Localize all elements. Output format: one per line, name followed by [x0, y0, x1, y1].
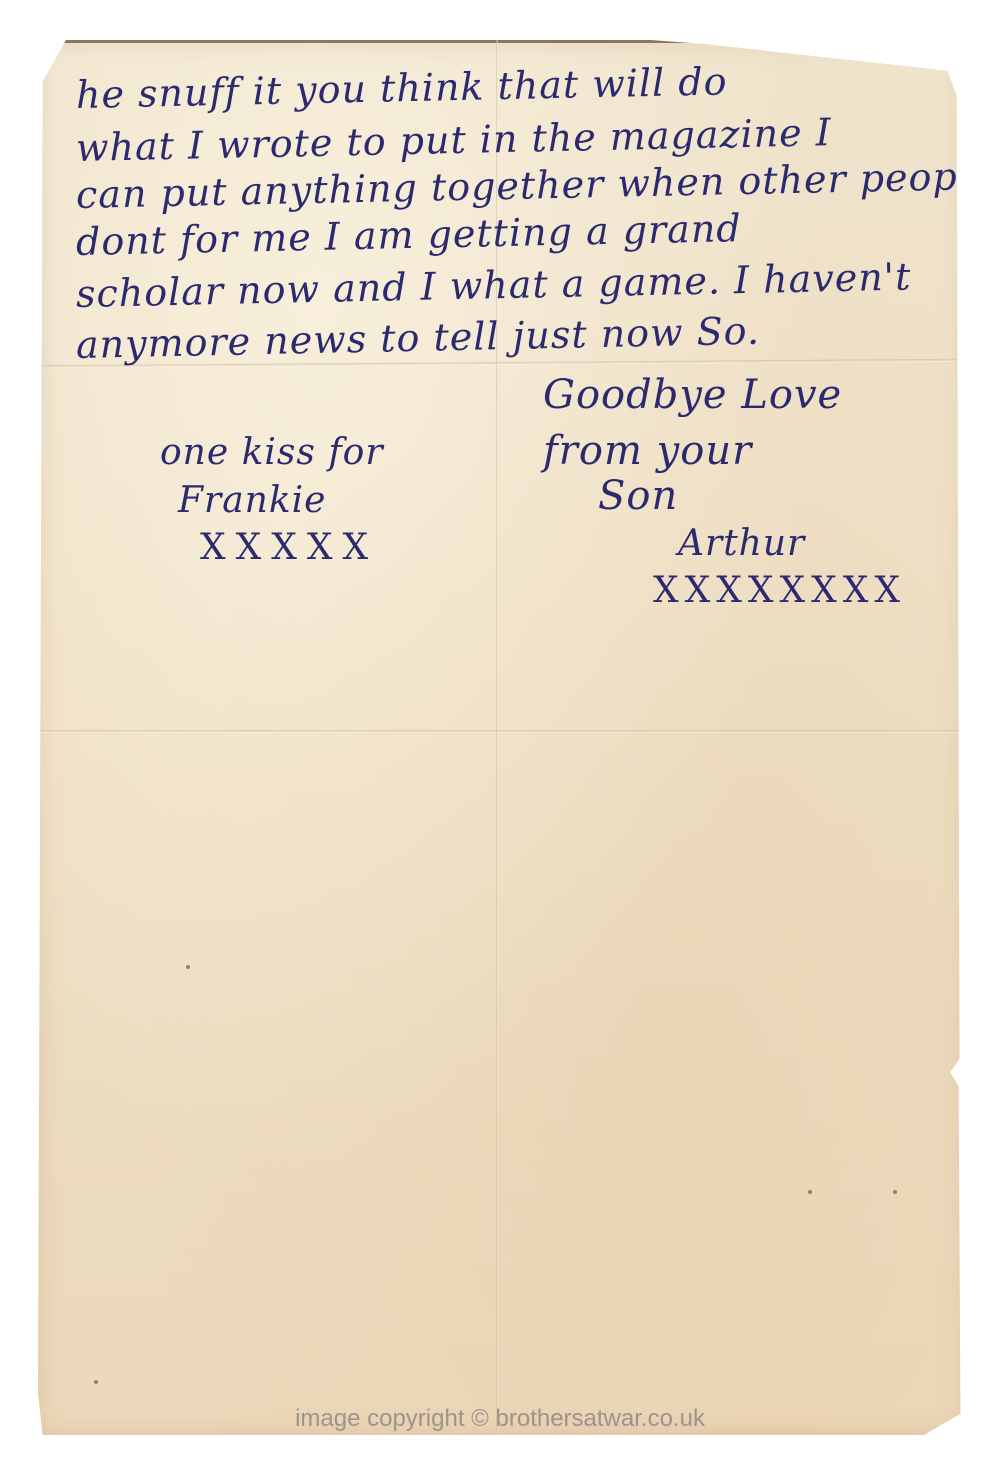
- paper-speck: [893, 1190, 897, 1194]
- closing-son: Son: [598, 473, 678, 519]
- horizontal-fold-crease: [38, 730, 966, 733]
- paper-speck: [808, 1190, 812, 1194]
- signature-kisses: XXXXXXXX: [653, 570, 906, 611]
- postscript-line-1: one kiss for: [160, 432, 384, 473]
- letter-line-5: scholar now and I what a game. I haven't: [76, 255, 912, 316]
- letter-line-6: anymore news to tell just now So.: [76, 309, 761, 367]
- letter-line-1: he snuff it you think that will do: [76, 59, 728, 117]
- letter-page: he snuff it you think that will do what …: [38, 40, 966, 1435]
- paper-speck: [186, 965, 190, 969]
- postscript-kisses: XXXXX: [200, 527, 378, 568]
- closing-from: from your: [543, 428, 752, 474]
- closing-goodbye: Goodbye Love: [543, 372, 842, 418]
- signature: Arthur: [678, 523, 805, 564]
- copyright-watermark: image copyright © brothersatwar.co.uk: [0, 1405, 1000, 1433]
- paper-speck: [94, 1380, 98, 1384]
- postscript-line-2: Frankie: [178, 480, 326, 521]
